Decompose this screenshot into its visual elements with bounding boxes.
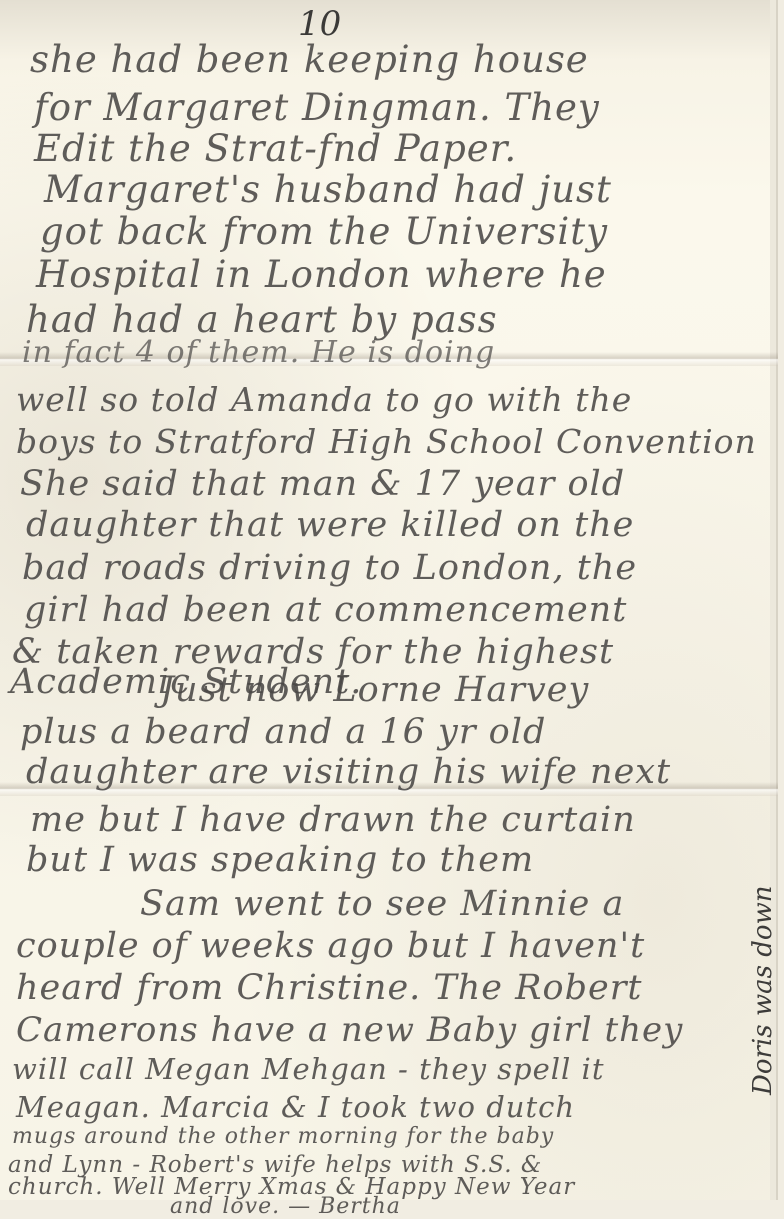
letter-line: heard from Christine. The Robert xyxy=(16,968,643,1008)
letter-line: will call Megan Mehgan - they spell it xyxy=(12,1052,604,1086)
letter-line: daughter are visiting his wife next xyxy=(26,752,671,792)
letter-line: couple of weeks ago but I haven't xyxy=(16,926,645,966)
letter-line: mugs around the other morning for the ba… xyxy=(12,1124,554,1149)
letter-line: got back from the University xyxy=(40,210,608,253)
letter-line: Just now Lorne Harvey xyxy=(160,670,589,710)
letter-line: Meagan. Marcia & I took two dutch xyxy=(16,1090,575,1124)
letter-line: she had been keeping house xyxy=(30,38,589,81)
letter-line: Hospital in London where he xyxy=(36,253,607,296)
letter-line: bad roads driving to London, the xyxy=(22,548,637,588)
letter-line: in fact 4 of them. He is doing xyxy=(22,335,495,370)
letter-signoff: and love. — Bertha xyxy=(170,1194,401,1200)
letter-line: daughter that were killed on the xyxy=(26,505,634,545)
letter-line: Margaret's husband had just xyxy=(44,168,612,211)
letter-line: for Margaret Dingman. They xyxy=(34,86,600,129)
letter-page: 10 she had been keeping house for Margar… xyxy=(0,0,778,1200)
letter-line: plus a beard and a 16 yr old xyxy=(20,712,546,752)
letter-line: Camerons have a new Baby girl they xyxy=(16,1010,683,1050)
letter-line: me but I have drawn the curtain xyxy=(30,800,636,840)
margin-note: Doris was down xyxy=(748,885,778,1095)
letter-line: but I was speaking to them xyxy=(26,840,534,880)
letter-line: well so told Amanda to go with the xyxy=(16,380,632,419)
letter-line: girl had been at commencement xyxy=(24,590,627,630)
letter-line: She said that man & 17 year old xyxy=(20,464,625,504)
letter-line: Edit the Strat-fnd Paper. xyxy=(34,127,517,170)
letter-line: boys to Stratford High School Convention xyxy=(16,422,757,461)
letter-line: Sam went to see Minnie a xyxy=(140,884,624,924)
